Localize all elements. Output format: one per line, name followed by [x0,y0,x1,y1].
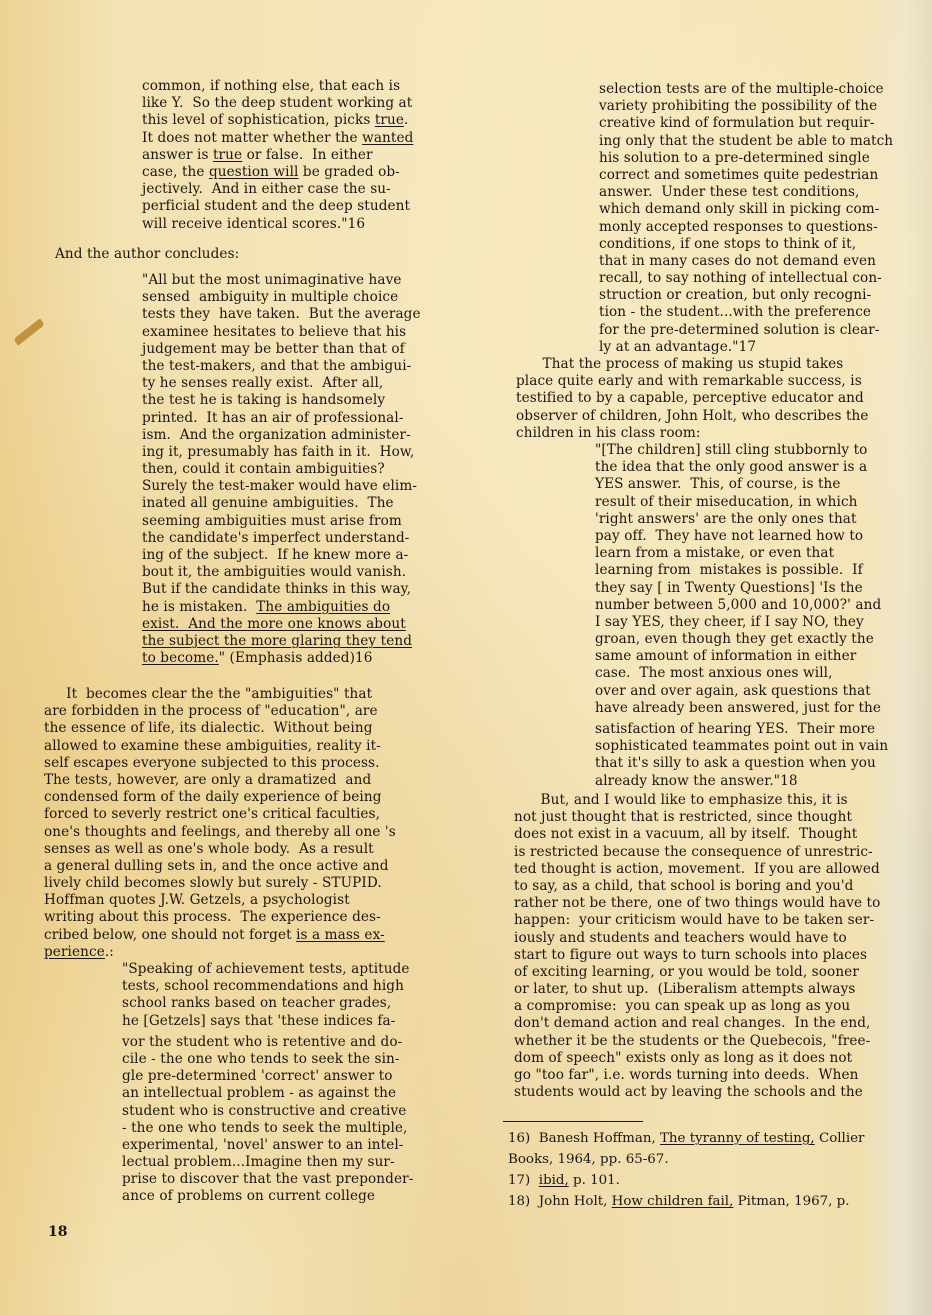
text-line: start to figure out ways to turn schools… [514,947,880,964]
text-line: conditions, if one stops to think of it, [599,236,893,253]
text-line: the idea that the only good answer is a [595,459,888,476]
text-line: cile - the one who tends to seek the sin… [122,1051,413,1068]
text-line: the subject the more glaring they tend [142,633,421,650]
underlined-phrase: wanted [362,130,413,146]
paragraph-thought: But, and I would like to emphasize this,… [514,792,880,1101]
text-line: which demand only skill in picking com- [599,201,893,218]
text-line: Hoffman quotes J.W. Getzels, a psycholog… [44,892,396,909]
text-line: ing of the subject. If he knew more a- [142,547,421,564]
text-line: Books, 1964, pp. 65-67. [508,1149,864,1170]
quote-16-end: common, if nothing else, that each islik… [142,78,413,233]
text-line: recall, to say nothing of intellectual c… [599,270,893,287]
text-line: that in many cases do not demand even [599,253,893,270]
text-line: dom of speech" exists only as long as it… [514,1050,880,1067]
paragraph-ambiguities: It becomes clear the the "ambiguities" t… [44,686,396,961]
text-line: not just thought that is restricted, sin… [514,809,880,826]
text-line: school ranks based on teacher grades, [122,995,413,1012]
text-line: go "too far", i.e. words turning into de… [514,1067,880,1084]
text-line: a compromise: you can speak up as long a… [514,998,880,1015]
underlined-phrase: is a mass ex- [296,927,385,943]
text-line: or later, to shut up. (Liberalism attemp… [514,981,880,998]
quote-conclusion: "All but the most unimaginative havesens… [142,272,421,667]
text-line: his solution to a pre-determined single [599,150,893,167]
text-line: will receive identical scores."16 [142,216,413,233]
footnotes: 16) Banesh Hoffman, The tyranny of testi… [508,1128,864,1212]
underlined-phrase: exist. And the more one knows about [142,616,406,632]
text-line: students would act by leaving the school… [514,1084,880,1101]
text-line: ism. And the organization administer- [142,427,421,444]
text-line: examinee hesitates to believe that his [142,324,421,341]
text-line: pay off. They have not learned how to [595,528,888,545]
text-line: vor the student who is retentive and do- [122,1034,413,1051]
text-line: don't demand action and real changes. In… [514,1015,880,1032]
text-line: to say, as a child, that school is borin… [514,878,880,895]
text-line: observer of children, John Holt, who des… [516,408,869,425]
text-line: common, if nothing else, that each is [142,78,413,95]
text-line: ty he senses really exist. After all, [142,375,421,392]
text-line: bout it, the ambiguities would vanish. [142,564,421,581]
text-line: the test-makers, and that the ambigui- [142,358,421,375]
page-number: 18 [48,1224,67,1240]
text-line: learn from a mistake, or even that [595,545,888,562]
text-line: gle pre-determined 'correct' answer to [122,1068,413,1085]
quote-getzels: "Speaking of achievement tests, aptitude… [122,961,413,1206]
text-line: monly accepted responses to questions- [599,219,893,236]
text-line: The tests, however, are only a dramatize… [44,772,396,789]
text-line: sensed ambiguity in multiple choice [142,289,421,306]
text-line: are forbidden in the process of "educati… [44,703,396,720]
text-line: allowed to examine these ambiguities, re… [44,738,396,755]
underlined-phrase: true [213,147,242,163]
text-line: perience.: [44,944,396,961]
text-line: cribed below, one should not forget is a… [44,927,396,944]
text-line: like Y. So the deep student working at [142,95,413,112]
text-line: creative kind of formulation but requir- [599,115,893,132]
text-line: 17) ibid, p. 101. [508,1170,864,1191]
text-line: answer is true or false. In either [142,147,413,164]
text-line: judgement may be better than that of [142,341,421,358]
quote-getzels-continued: selection tests are of the multiple-choi… [599,81,893,356]
text-line: the essence of life, its dialectic. With… [44,720,396,737]
text-line: But if the candidate thinks in this way, [142,581,421,598]
text-line: ing it, presumably has faith in it. How, [142,444,421,461]
text-line: to become." (Emphasis added)16 [142,650,421,667]
text-line: It becomes clear the the "ambiguities" t… [44,686,396,703]
text-line: same amount of information in either [595,648,888,665]
text-line: writing about this process. The experien… [44,909,396,926]
text-line: a general dulling sets in, and the once … [44,858,396,875]
text-line: the test he is taking is handsomely [142,392,421,409]
text-line: case. The most anxious ones will, [595,665,888,682]
text-line: I say YES, they cheer, if I say NO, they [595,614,888,631]
text-line: learning from mistakes is possible. If [595,562,888,579]
text-line: then, could it contain ambiguities? [142,461,421,478]
text-line: tion - the student...with the preference [599,304,893,321]
paragraph-holt-intro: That the process of making us stupid tak… [516,356,869,442]
text-line: that it's silly to ask a question when y… [595,755,888,772]
text-line: ly at an advantage."17 [599,339,893,356]
text-line: satisfaction of hearing YES. Their more [595,721,888,738]
text-line: selection tests are of the multiple-choi… [599,81,893,98]
text-line: does not exist in a vacuum, all by itsel… [514,826,880,843]
underlined-phrase: the subject the more glaring they tend [142,633,412,649]
text-line: of exciting learning, or you would be to… [514,964,880,981]
text-line: is restricted because the consequence of… [514,844,880,861]
text-line: prise to discover that the vast preponde… [122,1171,413,1188]
text-line: seeming ambiguities must arise from [142,513,421,530]
text-line: experimental, 'novel' answer to an intel… [122,1137,413,1154]
text-line: rather not be there, one of two things w… [514,895,880,912]
text-line: struction or creation, but only recogni- [599,287,893,304]
text-line: correct and sometimes quite pedestrian [599,167,893,184]
text-line: groan, even though they get exactly the [595,631,888,648]
text-line: answer. Under these test conditions, [599,184,893,201]
underlined-phrase: The ambiguities do [256,599,390,615]
text-line: over and over again, ask questions that [595,683,888,700]
text-line: place quite early and with remarkable su… [516,373,869,390]
text-line: have already been answered, just for the [595,700,888,717]
text-line: exist. And the more one knows about [142,616,421,633]
text-line: tests they have taken. But the average [142,306,421,323]
underlined-phrase: The tyranny of testing, [660,1131,815,1146]
underlined-phrase: true [375,112,404,128]
left-column: common, if nothing else, that each islik… [142,78,413,233]
text-line: iously and students and teachers would h… [514,930,880,947]
text-line: "[The children] still cling stubbornly t… [595,442,888,459]
underlined-phrase: perience [44,944,105,960]
text-line: for the pre-determined solution is clear… [599,322,893,339]
text-line: inated all genuine ambiguities. The [142,495,421,512]
text-line: case, the question will be graded ob- [142,164,413,181]
text-line: they say [ in Twenty Questions] 'Is the [595,580,888,597]
paper-stain [13,318,45,345]
text-line: ing only that the student be able to mat… [599,133,893,150]
text-line: senses as well as one's whole body. As a… [44,841,396,858]
text-line: tests, school recommendations and high [122,978,413,995]
text-line: forced to severly restrict one's critica… [44,806,396,823]
text-line: he is mistaken. The ambiguities do [142,599,421,616]
underlined-phrase: question will [209,164,299,180]
text-line: happen: your criticism would have to be … [514,912,880,929]
text-line: children in his class room: [516,425,869,442]
text-line: testified to by a capable, perceptive ed… [516,390,869,407]
text-line: an intellectual problem - as against the [122,1085,413,1102]
text-line: student who is constructive and creative [122,1103,413,1120]
text-line: That the process of making us stupid tak… [516,356,869,373]
text-line: It does not matter whether the wanted [142,130,413,147]
text-line: sophisticated teammates point out in vai… [595,738,888,755]
text-line: 18) John Holt, How children fail, Pitman… [508,1191,864,1212]
text-line: jectively. And in either case the su- [142,181,413,198]
text-line: number between 5,000 and 10,000?' and [595,597,888,614]
text-line: YES answer. This, of course, is the [595,476,888,493]
author-concludes: And the author concludes: [55,246,239,263]
text-line: printed. It has an air of professional- [142,410,421,427]
text-line: whether it be the students or the Quebec… [514,1033,880,1050]
text-line: variety prohibiting the possibility of t… [599,98,893,115]
text-line: result of their miseducation, in which [595,494,888,511]
text-line: Surely the test-maker would have elim- [142,478,421,495]
text-line: ted thought is action, movement. If you … [514,861,880,878]
text-line: "All but the most unimaginative have [142,272,421,289]
text-line: ance of problems on current college [122,1188,413,1205]
text-line: lively child becomes slowly but surely -… [44,875,396,892]
footnote-divider [503,1121,643,1122]
text-line: he [Getzels] says that 'these indices fa… [122,1013,413,1030]
text-line: lectual problem...Imagine then my sur- [122,1154,413,1171]
text-line: But, and I would like to emphasize this,… [514,792,880,809]
text-line: this level of sophistication, picks true… [142,112,413,129]
underlined-phrase: to become. [142,650,219,666]
text-line: perficial student and the deep student [142,198,413,215]
text-line: self escapes everyone subjected to this … [44,755,396,772]
text-line: condensed form of the daily experience o… [44,789,396,806]
text-line: the candidate's imperfect understand- [142,530,421,547]
text-line: "Speaking of achievement tests, aptitude [122,961,413,978]
text-line: already know the answer."18 [595,773,888,790]
quote-holt: "[The children] still cling stubbornly t… [595,442,888,790]
underlined-phrase: ibid, [539,1173,569,1188]
text-line: one's thoughts and feelings, and thereby… [44,824,396,841]
text-line: - the one who tends to seek the multiple… [122,1120,413,1137]
underlined-phrase: How children fail, [612,1194,734,1209]
text-line: 16) Banesh Hoffman, The tyranny of testi… [508,1128,864,1149]
text-line: 'right answers' are the only ones that [595,511,888,528]
transition-line: And the author concludes: [55,246,239,263]
